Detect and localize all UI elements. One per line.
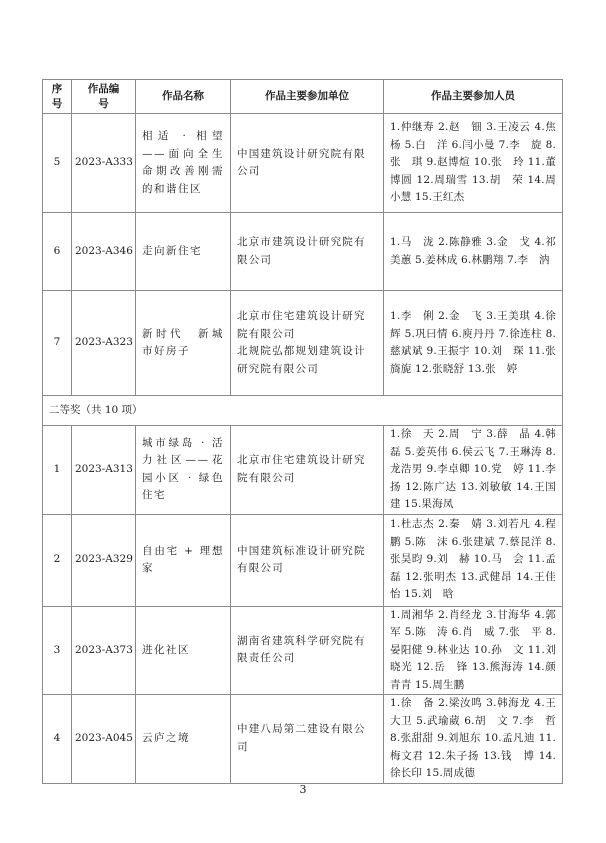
row-name: 自由宅 + 理想家 [136,514,231,606]
row-code: 2023-A323 [72,291,136,396]
row-people: 1.周湘华 2.肖经龙 3.甘海华 4.郭军 5.陈 涛 6.肖 威 7.张 平… [384,606,563,695]
table-row: 2 2023-A329 自由宅 + 理想家 中国建筑标准设计研究院有限公司 1.… [43,514,563,606]
row-name: 城市绿岛 · 活力社区——花园小区 · 绿色住宅 [136,426,231,515]
document-page: 序号 作品编号 作品名称 作品主要参加单位 作品主要参加人员 5 2023-A3… [0,0,606,843]
row-no: 5 [43,114,72,213]
header-name: 作品名称 [136,80,231,114]
table-row: 1 2023-A313 城市绿岛 · 活力社区——花园小区 · 绿色住宅 北京市… [43,426,563,515]
section-row: 二等奖（共 10 项） [43,396,563,426]
row-unit: 北京市住宅建筑设计研究院有限公司 [231,426,384,515]
row-people: 1.李 俐 2.金 飞 3.王美琪 4.徐辉 5.巩曰情 6.庾丹丹 7.徐连柱… [384,291,563,396]
unit-line: 北规院弘都规划建筑设计研究院有限公司 [237,343,377,378]
row-unit: 中建八局第二建设有限公司 [231,695,384,784]
section-label: 二等奖（共 10 项） [43,396,563,426]
row-no: 2 [43,514,72,606]
table-row: 7 2023-A323 新时代 新城市好房子 北京市住宅建筑设计研究院有限公司 … [43,291,563,396]
row-code: 2023-A313 [72,426,136,515]
row-code: 2023-A329 [72,514,136,606]
unit-line: 北京市住宅建筑设计研究院有限公司 [237,308,377,343]
row-name: 新时代 新城市好房子 [136,291,231,396]
row-code: 2023-A045 [72,695,136,784]
table-row: 3 2023-A373 进化社区 湖南省建筑科学研究院有限责任公司 1.周湘华 … [43,606,563,695]
row-unit: 中国建筑标准设计研究院有限公司 [231,514,384,606]
row-no: 7 [43,291,72,396]
row-unit: 湖南省建筑科学研究院有限责任公司 [231,606,384,695]
row-code: 2023-A346 [72,213,136,291]
row-people: 1.徐 天 2.周 宁 3.薛 晶 4.韩磊 5.姜英伟 6.侯云飞 7.王琳涛… [384,426,563,515]
table-row: 6 2023-A346 走向新住宅 北京市建筑设计研究院有限公司 1.马 泷 2… [43,213,563,291]
row-people: 1.杜志杰 2.秦 婧 3.刘若凡 4.程鹏 5.陈 沫 6.张建斌 7.蔡昆洋… [384,514,563,606]
row-name: 相适 · 相望——面向全生命期改善刚需的和谐住区 [136,114,231,213]
unit-line: 湖南省建筑科学研究院有限责任公司 [237,633,377,668]
unit-line: 中建八局第二建设有限公司 [237,721,377,756]
row-unit: 北京市住宅建筑设计研究院有限公司 北规院弘都规划建筑设计研究院有限公司 [231,291,384,396]
row-name: 进化社区 [136,606,231,695]
row-code: 2023-A333 [72,114,136,213]
table-row: 5 2023-A333 相适 · 相望——面向全生命期改善刚需的和谐住区 中国建… [43,114,563,213]
header-no: 序号 [43,80,72,114]
row-no: 4 [43,695,72,784]
row-no: 6 [43,213,72,291]
unit-line: 北京市住宅建筑设计研究院有限公司 [237,452,377,487]
row-people: 1.徐 备 2.梁汝鸣 3.韩海龙 4.王大卫 5.武瑜葳 6.胡 文 7.李 … [384,695,563,784]
header-unit: 作品主要参加单位 [231,80,384,114]
header-people: 作品主要参加人员 [384,80,563,114]
row-name: 云庐之境 [136,695,231,784]
unit-line: 北京市建筑设计研究院有限公司 [237,234,377,269]
row-no: 1 [43,426,72,515]
unit-line: 中国建筑设计研究院有限公司 [237,146,377,181]
row-code: 2023-A373 [72,606,136,695]
table-header-row: 序号 作品编号 作品名称 作品主要参加单位 作品主要参加人员 [43,80,563,114]
award-table: 序号 作品编号 作品名称 作品主要参加单位 作品主要参加人员 5 2023-A3… [42,79,563,784]
page-number: 3 [0,783,606,796]
header-code: 作品编号 [72,80,136,114]
row-people: 1.仲继寿 2.赵 钿 3.王凌云 4.焦杨 5.白 洋 6.闫小曼 7.李 旋… [384,114,563,213]
row-unit: 北京市建筑设计研究院有限公司 [231,213,384,291]
row-unit: 中国建筑设计研究院有限公司 [231,114,384,213]
unit-line: 中国建筑标准设计研究院有限公司 [237,543,377,578]
row-no: 3 [43,606,72,695]
table-row: 4 2023-A045 云庐之境 中建八局第二建设有限公司 1.徐 备 2.梁汝… [43,695,563,784]
row-name: 走向新住宅 [136,213,231,291]
row-people: 1.马 泷 2.陈静雅 3.金 戈 4.祁美蕙 5.姜林成 6.林鹏翔 7.李 … [384,213,563,291]
